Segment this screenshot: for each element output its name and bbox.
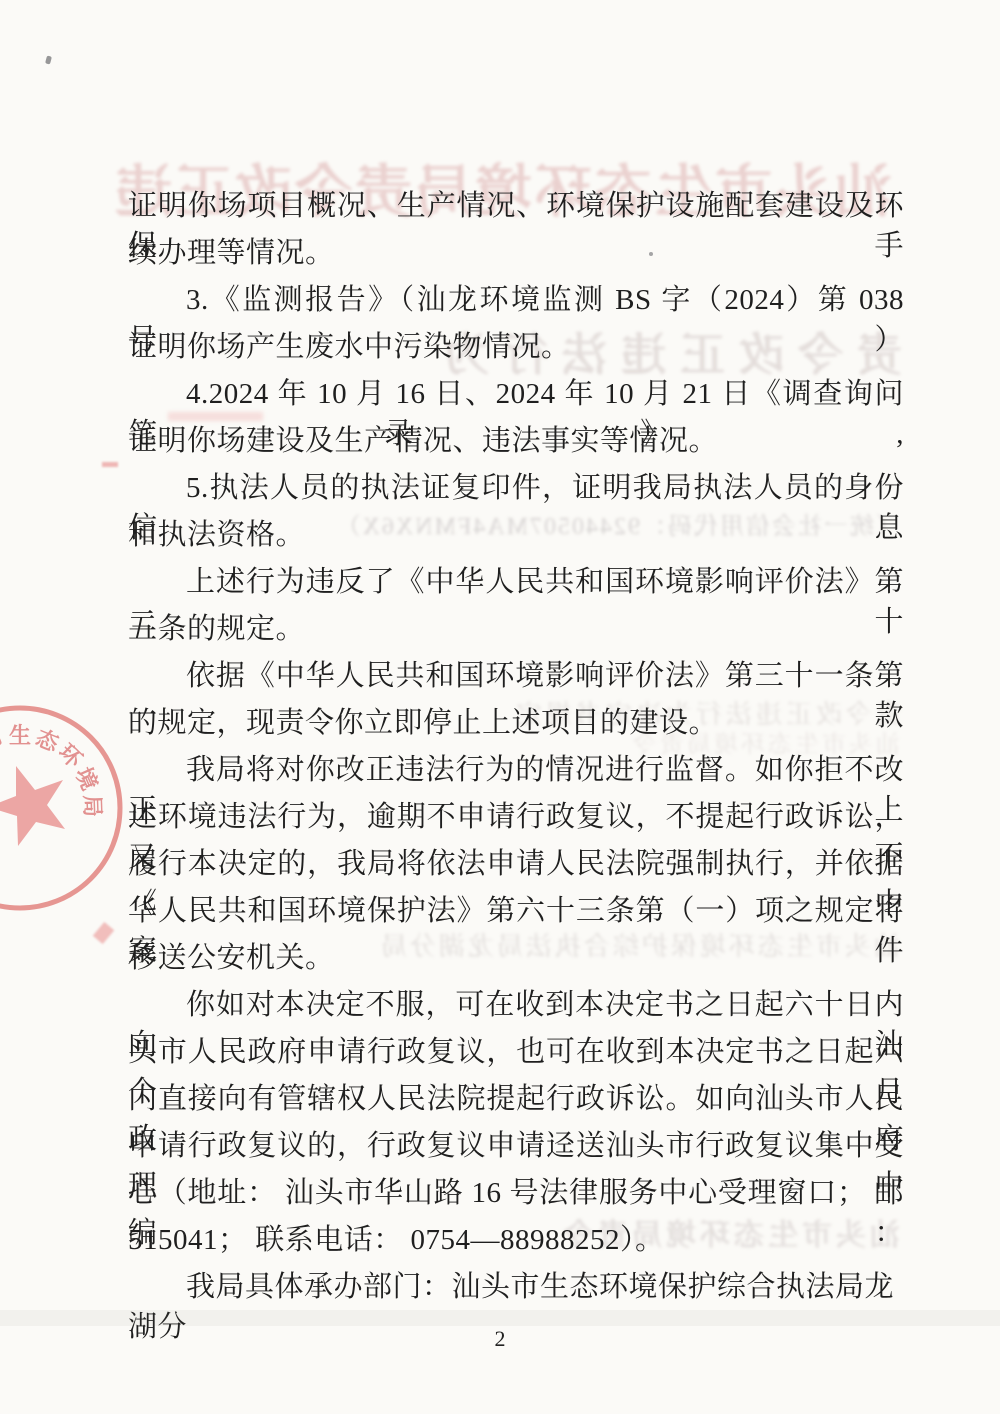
page-number: 2: [0, 1326, 1000, 1352]
document-line: 证明你场建设及生产情况、违法事实等情况。: [128, 421, 904, 461]
scan-speck: [45, 55, 52, 64]
document-line: 五条的规定。: [128, 609, 904, 649]
document-line: 的规定，现责令你立即停止上述项目的建设。: [128, 703, 904, 743]
document-line: 续办理等情况。: [128, 233, 904, 273]
document-line: 和执法资格。: [128, 515, 904, 555]
official-red-seal-icon: 汕 头 市 生 态 环 境 局: [0, 700, 132, 920]
svg-text:态: 态: [32, 725, 63, 757]
svg-text:环: 环: [54, 739, 88, 773]
svg-text:市: 市: [0, 725, 8, 756]
svg-text:局: 局: [80, 795, 106, 818]
scan-speck: [102, 462, 118, 467]
svg-text:境: 境: [71, 764, 103, 794]
svg-text:生: 生: [9, 723, 31, 748]
document-line: 证明你场产生废水中污染物情况。: [128, 327, 904, 367]
document-line: 515041； 联系电话： 0754—88988252）。: [128, 1220, 904, 1260]
document-line: 移送公安机关。: [128, 938, 904, 978]
scanned-document-page: 汕头市生态环境局责令改正违 责令改正违法行为 （统一社会信用代码：9244050…: [0, 0, 1000, 1414]
seal-star-icon: [0, 766, 65, 846]
scan-speck: [93, 922, 115, 944]
